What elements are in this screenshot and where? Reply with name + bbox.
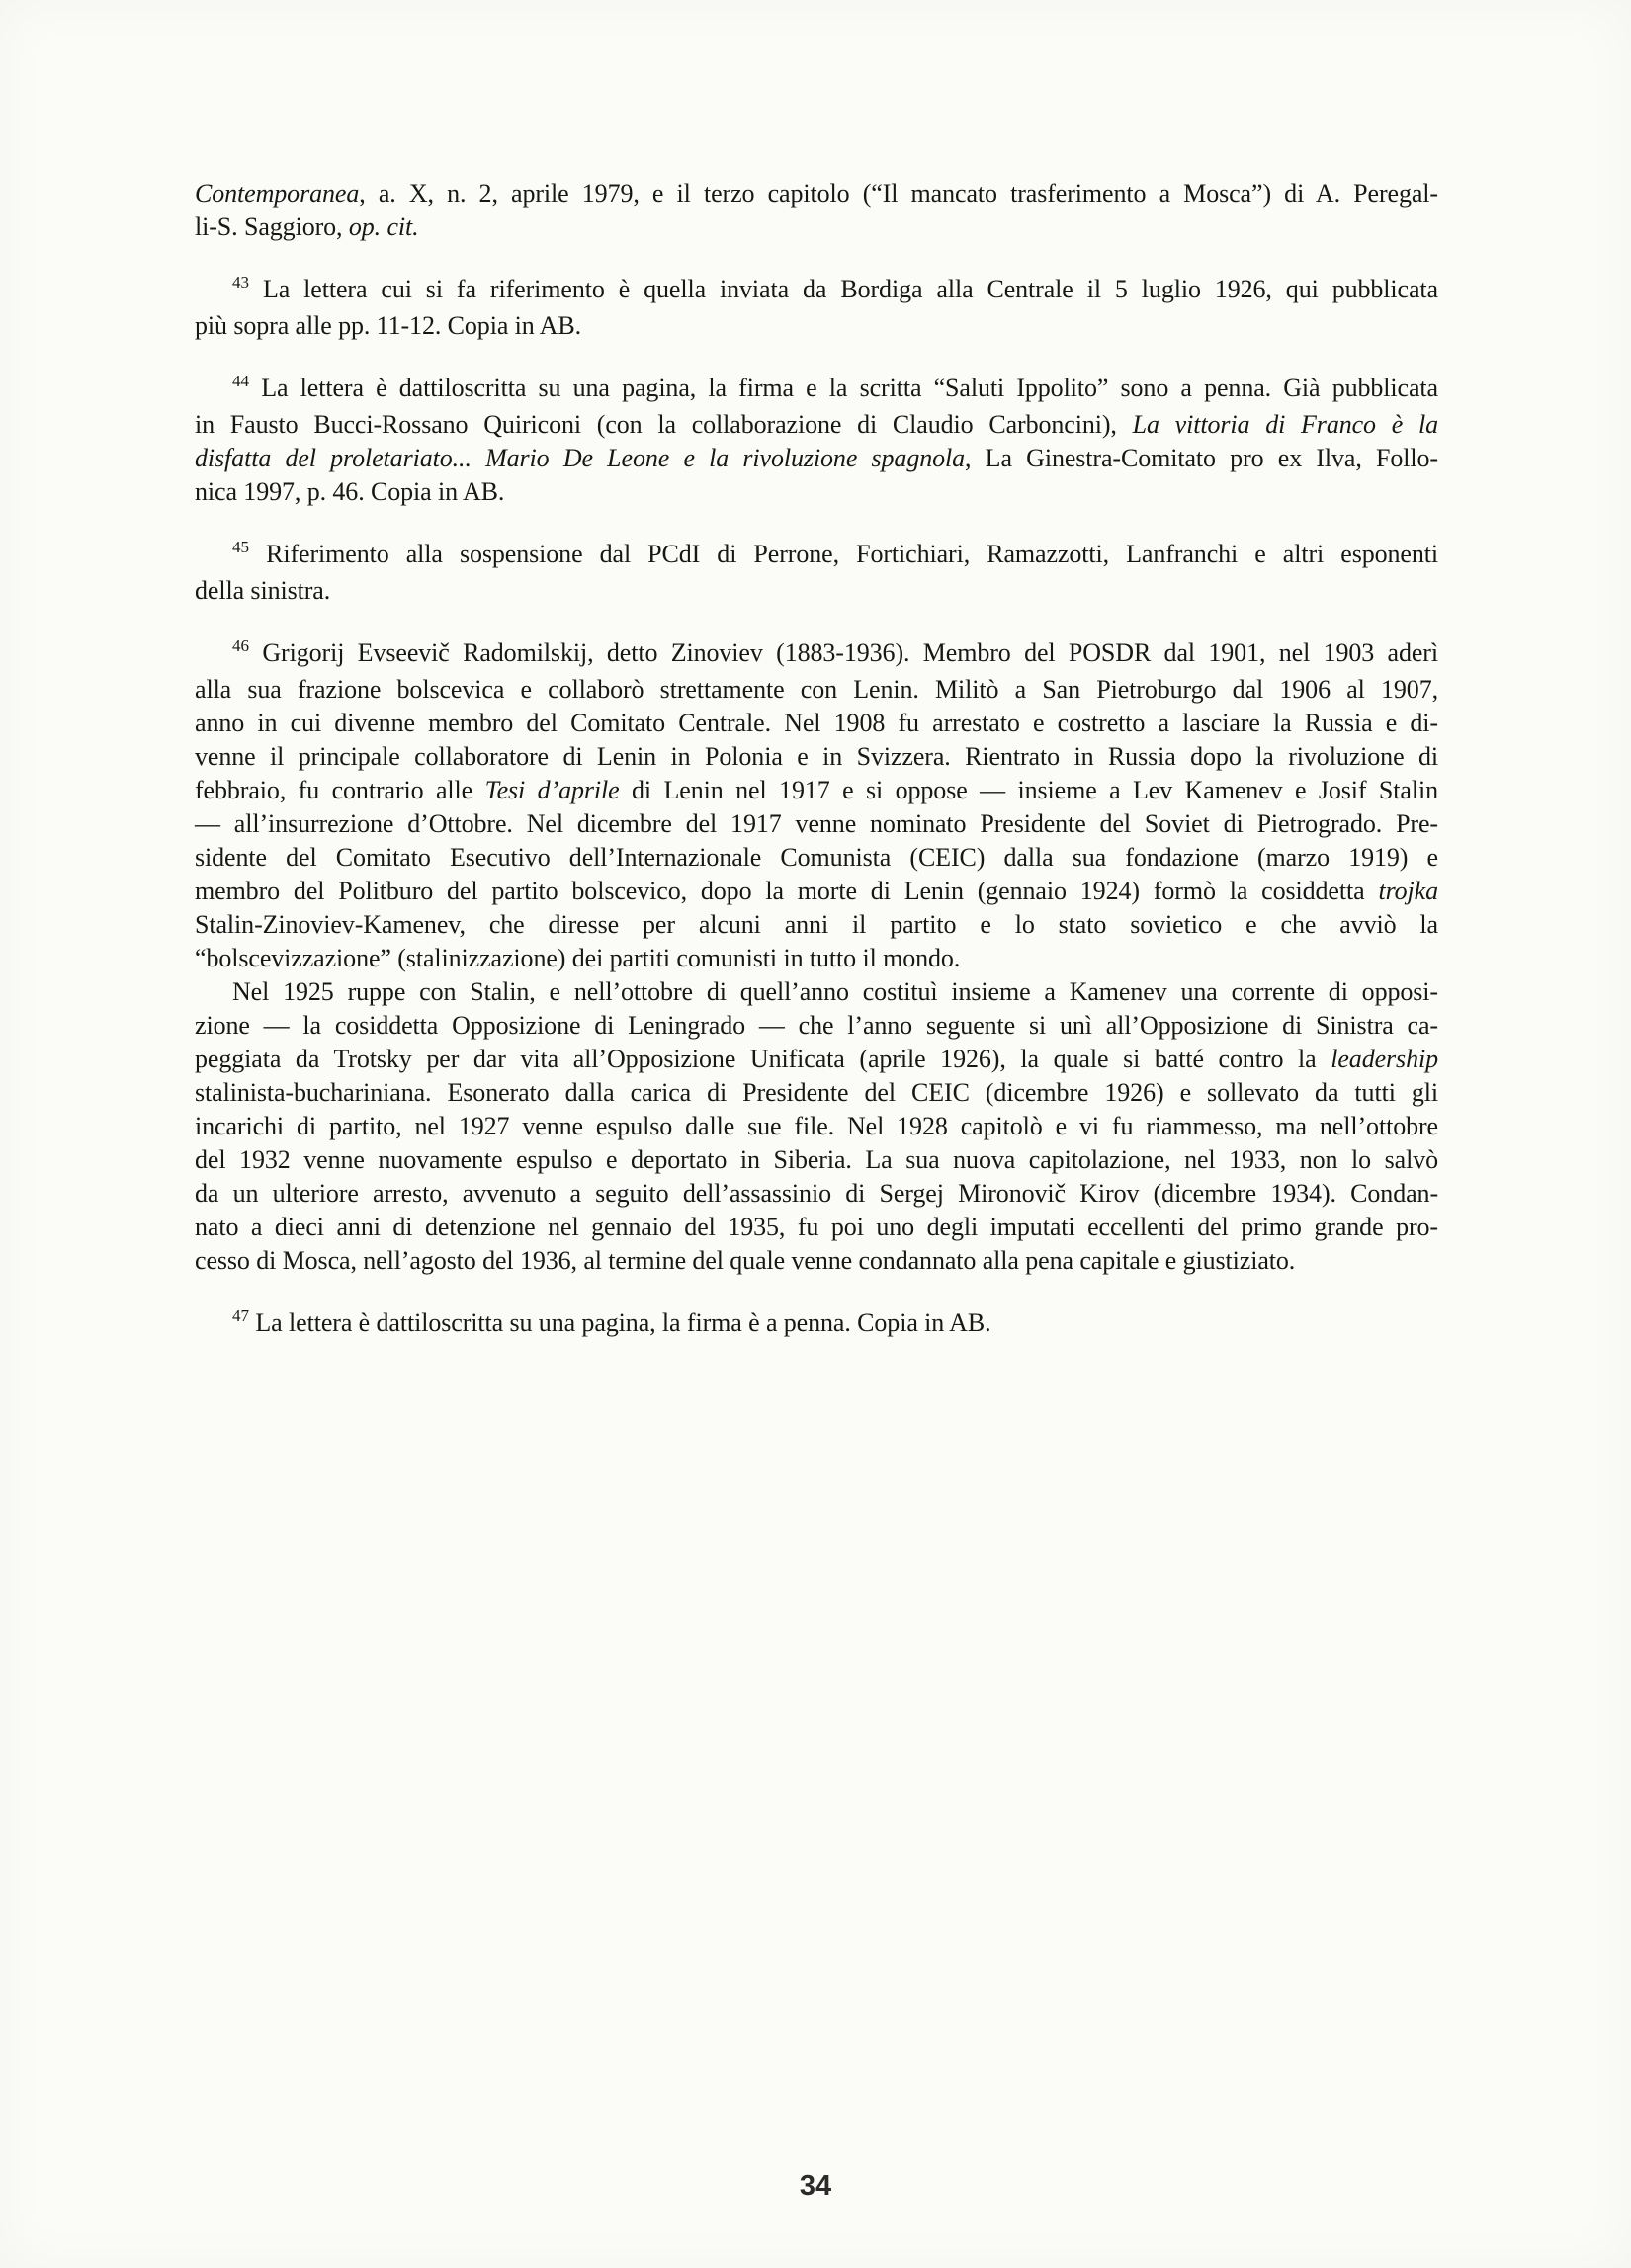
text-run: , a. X, n. 2, aprile 1979, e il terzo ca…	[359, 179, 1438, 208]
text-run: della sinistra.	[195, 576, 330, 605]
text-run: venne il principale collaboratore di Len…	[195, 742, 1438, 771]
text-line: — all’insurrezione d’Ottobre. Nel dicemb…	[195, 807, 1438, 841]
text-line: nica 1997, p. 46. Copia in AB.	[195, 475, 1438, 509]
text-line: incarichi di partito, nel 1927 venne esp…	[195, 1110, 1438, 1143]
footnote-number: 45	[232, 538, 249, 556]
paragraph: Contemporanea, a. X, n. 2, aprile 1979, …	[195, 177, 1438, 244]
text-run: op. cit.	[349, 212, 419, 241]
text-run: incarichi di partito, nel 1927 venne esp…	[195, 1112, 1438, 1140]
text-run: Riferimento alla sospensione dal PCdI di…	[249, 540, 1438, 568]
paragraph: 47 La lettera è dattiloscritta su una pa…	[195, 1306, 1438, 1343]
text-run: da un ulteriore arresto, avvenuto a segu…	[195, 1179, 1438, 1208]
text-run: leadership	[1331, 1045, 1438, 1073]
text-run: più sopra alle pp. 11-12. Copia in AB.	[195, 311, 581, 340]
text-run: disfatta del proletariato... Mario De Le…	[195, 444, 965, 472]
text-run: trojka	[1378, 877, 1438, 905]
text-line: membro del Politburo del partito bolscev…	[195, 875, 1438, 908]
text-run: alla sua frazione bolscevica e collaborò…	[195, 675, 1438, 704]
paragraph: Nel 1925 ruppe con Stalin, e nell’ottobr…	[195, 975, 1438, 1278]
paragraph: 46 Grigorij Evseevič Radomilskij, detto …	[195, 636, 1438, 975]
text-line: febbraio, fu contrario alle Tesi d’april…	[195, 774, 1438, 807]
text-run: Nel 1925 ruppe con Stalin, e nell’ottobr…	[232, 977, 1438, 1006]
text-line: 43 La lettera cui si fa riferimento è qu…	[195, 273, 1438, 309]
text-run: La lettera è dattiloscritta su una pagin…	[249, 374, 1438, 402]
text-run: in Fausto Bucci-Rossano Quiriconi (con l…	[195, 410, 1133, 439]
text-line: 44 La lettera è dattiloscritta su una pa…	[195, 372, 1438, 408]
paragraph: 44 La lettera è dattiloscritta su una pa…	[195, 372, 1438, 509]
text-run: “bolscevizzazione” (stalinizzazione) dei…	[195, 944, 960, 972]
text-run: del 1932 venne nuovamente espulso e depo…	[195, 1145, 1438, 1174]
text-run: anno in cui divenne membro del Comitato …	[195, 709, 1438, 737]
text-line: 45 Riferimento alla sospensione dal PCdI…	[195, 538, 1438, 574]
text-run: La vittoria di Franco è la	[1133, 410, 1438, 439]
text-line: del 1932 venne nuovamente espulso e depo…	[195, 1143, 1438, 1177]
text-run: La lettera è dattiloscritta su una pagin…	[249, 1308, 990, 1337]
text-line: venne il principale collaboratore di Len…	[195, 740, 1438, 774]
text-line: 47 La lettera è dattiloscritta su una pa…	[195, 1306, 1438, 1343]
text-line: Nel 1925 ruppe con Stalin, e nell’ottobr…	[195, 975, 1438, 1009]
page-number: 34	[0, 2170, 1631, 2203]
text-run: — all’insurrezione d’Ottobre. Nel dicemb…	[195, 809, 1438, 838]
text-line: in Fausto Bucci-Rossano Quiriconi (con l…	[195, 408, 1438, 442]
text-run: stalinista-buchariniana. Esonerato dalla…	[195, 1078, 1438, 1107]
text-run: cesso di Mosca, nell’agosto del 1936, al…	[195, 1246, 1295, 1275]
paragraph: 45 Riferimento alla sospensione dal PCdI…	[195, 538, 1438, 608]
text-run: di Lenin nel 1917 e si oppose — insieme …	[620, 776, 1438, 804]
text-line: sidente del Comitato Esecutivo dell’Inte…	[195, 841, 1438, 875]
text-run: Stalin-Zinoviev-Kamenev, che diresse per…	[195, 910, 1438, 939]
paragraph: 43 La lettera cui si fa riferimento è qu…	[195, 273, 1438, 343]
text-run: , La Ginestra-Comitato pro ex Ilva, Foll…	[965, 444, 1438, 472]
text-line: li-S. Saggioro, op. cit.	[195, 210, 1438, 244]
text-line: 46 Grigorij Evseevič Radomilskij, detto …	[195, 636, 1438, 673]
text-run: febbraio, fu contrario alle	[195, 776, 485, 804]
text-run: li-S. Saggioro,	[195, 212, 349, 241]
footnote-number: 43	[232, 273, 249, 292]
text-run: Tesi d’aprile	[485, 776, 620, 804]
text-line: zione — la cosiddetta Opposizione di Len…	[195, 1009, 1438, 1043]
text-block: Contemporanea, a. X, n. 2, aprile 1979, …	[195, 177, 1438, 1343]
footnote-number: 46	[232, 636, 249, 655]
text-line: peggiata da Trotsky per dar vita all’Opp…	[195, 1043, 1438, 1076]
text-line: stalinista-buchariniana. Esonerato dalla…	[195, 1076, 1438, 1110]
text-run: membro del Politburo del partito bolscev…	[195, 877, 1378, 905]
text-run: Contemporanea	[195, 179, 359, 208]
footnote-number: 44	[232, 372, 249, 390]
text-line: da un ulteriore arresto, avvenuto a segu…	[195, 1177, 1438, 1211]
text-line: “bolscevizzazione” (stalinizzazione) dei…	[195, 942, 1438, 975]
text-run: zione — la cosiddetta Opposizione di Len…	[195, 1011, 1438, 1040]
text-run: nica 1997, p. 46. Copia in AB.	[195, 477, 504, 506]
text-line: Stalin-Zinoviev-Kamenev, che diresse per…	[195, 908, 1438, 942]
text-line: anno in cui divenne membro del Comitato …	[195, 707, 1438, 740]
text-line: cesso di Mosca, nell’agosto del 1936, al…	[195, 1244, 1438, 1278]
text-line: della sinistra.	[195, 574, 1438, 608]
text-line: Contemporanea, a. X, n. 2, aprile 1979, …	[195, 177, 1438, 210]
text-run: Grigorij Evseevič Radomilskij, detto Zin…	[249, 638, 1438, 667]
text-line: alla sua frazione bolscevica e collaborò…	[195, 673, 1438, 707]
text-run: sidente del Comitato Esecutivo dell’Inte…	[195, 843, 1438, 872]
text-run: nato a dieci anni di detenzione nel genn…	[195, 1213, 1438, 1241]
text-line: più sopra alle pp. 11-12. Copia in AB.	[195, 309, 1438, 343]
text-run: La lettera cui si fa riferimento è quell…	[249, 275, 1438, 303]
scanned-document-page: Contemporanea, a. X, n. 2, aprile 1979, …	[0, 0, 1631, 2268]
text-run: peggiata da Trotsky per dar vita all’Opp…	[195, 1045, 1331, 1073]
text-line: nato a dieci anni di detenzione nel genn…	[195, 1211, 1438, 1244]
footnote-number: 47	[232, 1306, 249, 1325]
text-line: disfatta del proletariato... Mario De Le…	[195, 442, 1438, 475]
